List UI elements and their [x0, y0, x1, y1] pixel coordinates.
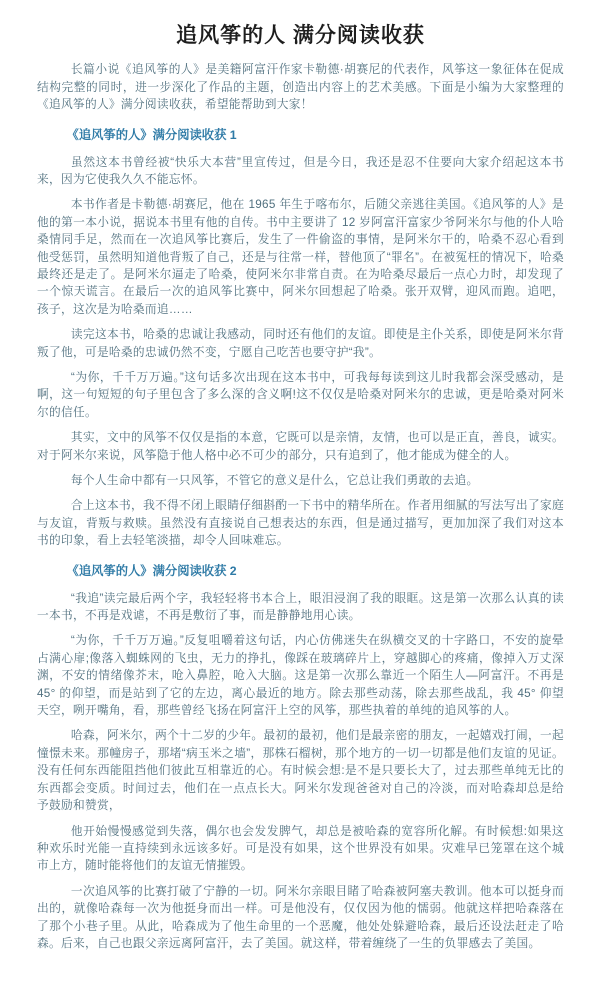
paragraph: 虽然这本书曾经被“快乐大本营”里宣传过，但是今日，我还是忍不住要向大家介绍起这本… — [37, 154, 564, 189]
paragraph: 一次追风筝的比赛打破了宁静的一切。阿米尔亲眼目睹了哈森被阿塞夫教训。他本可以挺身… — [37, 883, 564, 953]
paragraph: 每个人生命中都有一只风筝，不管它的意义是什么，它总让我们勇敢的去追。 — [37, 472, 564, 489]
document-page: 追风筝的人 满分阅读收获 长篇小说《追风筝的人》是美籍阿富汗作家卡勒德·胡赛尼的… — [0, 0, 600, 984]
section-heading-1: 《追风筝的人》满分阅读收获 1 — [37, 127, 564, 144]
paragraph: “为你，千千万万遍。”反复咀嚼着这句话，内心仿佛迷失在纵横交叉的十字路口，不安的… — [37, 632, 564, 719]
paragraph: 本书作者是卡勒德·胡赛尼，他在 1965 年生于喀布尔，后随父亲逃往美国。《追风… — [37, 196, 564, 318]
paragraph: 长篇小说《追风筝的人》是美籍阿富汗作家卡勒德·胡赛尼的代表作，风筝这一象征体在促… — [37, 61, 564, 113]
article-title: 追风筝的人 满分阅读收获 — [37, 22, 564, 49]
paragraph: 读完这本书，哈桑的忠诚让我感动，同时还有他们的友谊。即使是主仆关系，即使是阿米尔… — [37, 326, 564, 361]
section-heading-2: 《追风筝的人》满分阅读收获 2 — [37, 563, 564, 580]
paragraph: “为你，千千万万遍。”这句话多次出现在这本书中，可我每每读到这儿时我都会深受感动… — [37, 369, 564, 421]
paragraph: 合上这本书，我不得不闭上眼睛仔细斟酌一下书中的精华所在。作者用细腻的写法写出了家… — [37, 497, 564, 549]
paragraph: 其实，文中的风筝不仅仅是指的本意，它既可以是亲情，友情，也可以是正直，善良，诚实… — [37, 429, 564, 464]
paragraph: 哈森，阿米尔，两个十二岁的少年。最初的最初，他们是最亲密的朋友，一起嬉戏打闹，一… — [37, 727, 564, 814]
paragraph: “我追”读完最后两个字，我轻轻将书本合上，眼泪浸润了我的眼眶。这是第一次那么认真… — [37, 590, 564, 625]
